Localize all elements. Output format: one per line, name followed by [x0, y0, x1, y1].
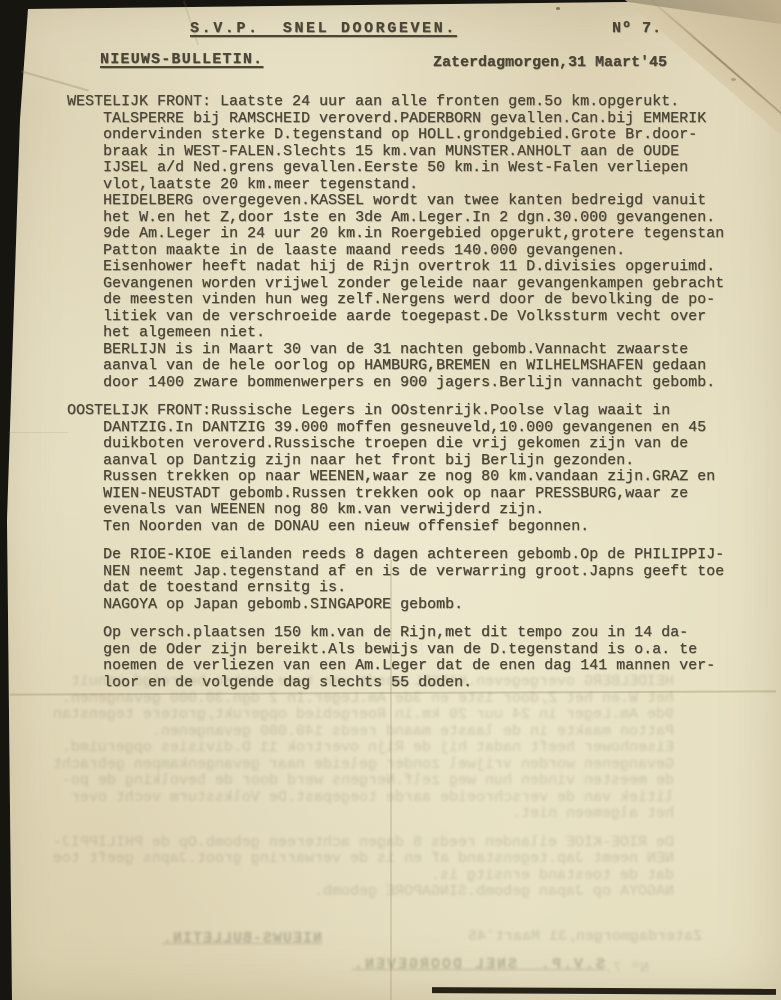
scanned-document: S.V.P. SNEL DOORGEVEN. Nº 7. NIEUWS-BULL… — [0, 0, 781, 1000]
pass-on-quickly-header: S.V.P. SNEL DOORGEVEN. — [190, 20, 457, 37]
bulletin-text-line: WESTELIJK FRONT: Laatste 24 uur aan alle… — [67, 94, 781, 111]
ink-speck — [731, 78, 736, 81]
bulletin-text-line: Eisenhower heeft nadat hij de Rijn overt… — [103, 259, 781, 276]
bleedthrough-line: Patton maakte in de laaste maand reeds 1… — [40, 724, 674, 741]
bleedthrough-line: litiek van de verschroeide aarde toegepa… — [40, 790, 674, 807]
bulletin-text-line: litiek van de verschroeide aarde toegepa… — [103, 309, 781, 326]
bleedthrough-line: het algemeen niet. — [40, 806, 674, 823]
bulletin-text-line: NEN neemt Jap.tegenstand af en is de ver… — [103, 564, 781, 581]
bulletin-text-line: aanval op Dantzig zijn naar het front bi… — [103, 453, 781, 470]
bulletin-text-line: HEIDELBERG overgegeven.KASSEL wordt van … — [103, 193, 781, 210]
bulletin-text-line: aanval van de hele oorlog op HAMBURG,BRE… — [103, 358, 781, 375]
bulletin-text-line: NAGOYA op Japan gebomb.SINGAPORE gebomb. — [103, 597, 781, 614]
bulletin-text-line: De RIOE-KIOE eilanden reeds 8 dagen acht… — [103, 547, 781, 564]
bulletin-text-line: vlot,laatste 20 km.meer tegenstand. — [103, 177, 781, 194]
bulletin-text-line: Gevangenen worden vrijwel zonder geleide… — [103, 276, 781, 293]
bulletin-text-line: BERLIJN is in Maart 30 van de 31 nachten… — [103, 342, 781, 359]
bulletin-text-line: door 1400 zware bommenwerpers en 900 jag… — [103, 375, 781, 392]
bleedthrough-line: 9de Am.Leger in 24 uur 20 km.in Roergebi… — [40, 707, 674, 724]
bleedthrough-line: Eisenhower heeft nadat hij de Rijn overt… — [40, 740, 674, 757]
bulletin-text-line: Op versch.plaatsen 150 km.van de Rijn,me… — [103, 625, 781, 642]
bleedthrough-line: Gevangenen worden vrijwel zonder geleide… — [40, 757, 674, 774]
bulletin-text-line: IJSEL a/d Ned.grens gevallen.Eerste 50 k… — [103, 160, 781, 177]
bleedthrough-line: dat de toestand ernsitg is. — [40, 868, 674, 885]
bleedthrough-line: De RIOE-KIOE eilanden reeds 8 dagen acht… — [40, 835, 674, 852]
bulletin-text-line: DANTZIG.In DANTZIG 39.000 moffen gesneuv… — [103, 420, 781, 437]
bleedthrough-line: NEN neemt Jap.tegenstand af en is de ver… — [40, 851, 674, 868]
bleedthrough-number-mirrored: Nº 7. — [604, 960, 649, 977]
bleedthrough-line: het W.en het Z,door 1ste en 3de Am.Leger… — [40, 691, 674, 708]
bulletin-text-line: braak in WEST-FALEN.Slechts 15 km.van MU… — [103, 144, 781, 161]
bleedthrough-line: de meesten vinden hun weg zelf.Nergens w… — [40, 773, 674, 790]
bulletin-text-line: evenals van WEENEN nog 80 km.van verwijd… — [103, 502, 781, 519]
bulletin-date: Zaterdagmorgen,31 Maart'45 — [433, 54, 667, 71]
bleedthrough-title-mirrored: NIEUWS-BULLETIN. — [162, 930, 322, 947]
bulletin-text-line: duikboten veroverd.Russische troepen die… — [103, 436, 781, 453]
bulletin-text-line: Patton maakte in de laaste maand reeds 1… — [103, 243, 781, 260]
bleedthrough-svp-mirrored: S.V.P. SNEL DOORGEVEN. — [352, 956, 605, 973]
bleedthrough-text: HEIDELBERG overgegeven.KASSEL wordt van … — [40, 674, 740, 901]
bulletin-text-line: gen de Oder zijn bereikt.Als bewijs van … — [103, 642, 781, 659]
bulletin-text-line: WIEN-NEUSTADT gebomb.Russen trekken ook … — [103, 486, 781, 503]
bulletin-number: Nº 7. — [612, 20, 662, 37]
bulletin-text-line: het algemeen niet. — [103, 325, 781, 342]
bulletin-text-line: Ten Noorden van de DONAU een nieuw offen… — [103, 519, 781, 536]
bulletin-text-line: dat de toestand ernsitg is. — [103, 580, 781, 597]
bulletin-text-line: TALSPERRE bij RAMSCHEID veroverd.PADERBO… — [103, 111, 781, 128]
bulletin-text-line: de meesten vinden hun weg zelf.Nergens w… — [103, 292, 781, 309]
bulletin-text-line: 9de Am.Leger in 24 uur 20 km.in Roergebi… — [103, 226, 781, 243]
bleedthrough-date-mirrored: Zaterdagmorgen,31 Maart'45 — [468, 928, 702, 945]
bulletin-text-line: OOSTELIJK FRONT:Russische Legers in OOst… — [67, 403, 781, 420]
bulletin-body-text: WESTELIJK FRONT: Laatste 24 uur aan alle… — [0, 94, 781, 691]
ink-speck — [556, 7, 560, 10]
bulletin-title: NIEUWS-BULLETIN. — [100, 51, 263, 68]
bulletin-text-line: het W.en het Z,door 1ste en 3de Am.Leger… — [103, 210, 781, 227]
bleedthrough-line: HEIDELBERG overgegeven.KASSEL wordt van … — [40, 674, 674, 691]
bleedthrough-line: NAGOYA op Japan gebomb.SINGAPORE gebomb. — [40, 884, 674, 901]
bulletin-text-line: ondervinden sterke D.tegenstand op HOLL.… — [103, 127, 781, 144]
bulletin-text-line: Russen trekken op naar WEENEN,waar ze no… — [103, 469, 781, 486]
